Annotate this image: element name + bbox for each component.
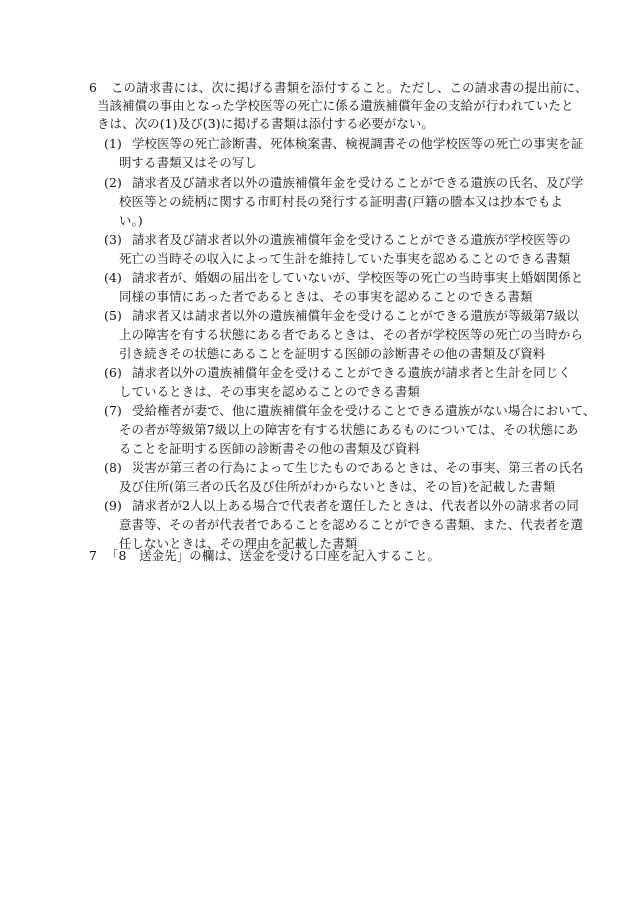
item-5-line-3: 引き続きその状態にあることを証明する医師の診断書その他の書類及び資料 (119, 345, 545, 363)
section-number: 6 (89, 79, 111, 97)
item-8-line-2: 及び住所(第三者の氏名及び住所がわからないときは、その旨)を記載した書類 (119, 478, 555, 496)
item-label: (7) (104, 402, 132, 420)
section-6-line-1: 6この請求書には、次に掲げる書類を添付すること。ただし、この請求書の提出前に、 (89, 79, 588, 97)
item-label: (6) (104, 364, 132, 382)
item-label: (9) (104, 497, 132, 515)
item-label: (3) (104, 231, 132, 249)
document-page: 6この請求書には、次に掲げる書類を添付すること。ただし、この請求書の提出前に、 … (0, 0, 630, 903)
item-9-line-2: 意書等、その者が代表者であることを認めることができる書類、また、代表者を選 (119, 516, 583, 534)
section-6-line-2: 当該補償の事由となった学校医等の死亡に係る遺族補償年金の支給が行われていたと (97, 97, 574, 115)
item-2-line-1: (2)請求者及び請求者以外の遺族補償年金を受けることができる遺族の氏名、及び学 (104, 174, 583, 192)
item-6-line-2: しているときは、その事実を認めることのできる書類 (119, 383, 420, 401)
item-4-line-2: 同様の事情にあった者であるときは、その事実を認めることのできる書類 (119, 288, 533, 306)
item-6-line-1: (6)請求者以外の遺族補償年金を受けることができる遺族が請求者と生計を同じく (104, 364, 571, 382)
item-1-line-1: (1)学校医等の死亡診断書、死体検案書、検視調書その他学校医等の死亡の事実を証 (104, 135, 583, 153)
item-label: (1) (104, 135, 132, 153)
item-3-line-2: 死亡の当時その収入によって生計を維持していた事実を認めることのできる書類 (119, 250, 570, 268)
item-7-line-2: その者が等級第7級以上の障害を有する状態にあるものについては、その状態にあ (119, 421, 578, 439)
item-3-line-1: (3)請求者及び請求者以外の遺族補償年金を受けることができる遺族が学校医等の (104, 231, 571, 249)
item-2-line-2: 校医等との続柄に関する市町村長の発行する証明書(戸籍の謄本又は抄本でもよ (119, 193, 563, 211)
item-label: (2) (104, 174, 132, 192)
item-5-line-1: (5)請求者又は請求者以外の遺族補償年金を受けることができる遺族が等級第7級以 (104, 307, 579, 325)
item-label: (5) (104, 307, 132, 325)
item-4-line-1: (4)請求者が、婚姻の届出をしていないが、学校医等の死亡の当時事実上婚姻関係と (104, 269, 583, 287)
item-2-line-3: い。) (119, 212, 143, 230)
item-9-line-1: (9)請求者が2人以上ある場合で代表者を選任したときは、代表者以外の請求者の同 (104, 497, 579, 515)
item-5-line-2: 上の障害を有する状態にある者であるときは、その者が学校医等の死亡の当時から (119, 326, 583, 344)
item-7-line-1: (7)受給権者が妻で、他に遺族補償年金を受けることできる遺族がない場合において、 (104, 402, 596, 420)
section-number: 7 (89, 547, 106, 565)
section-7-line-1: 7「8 送金先」の欄は、送金を受ける口座を記入すること。 (89, 547, 440, 565)
item-1-line-2: 明する書類又はその写し (119, 154, 257, 172)
section-6-line-3: きは、次の(1)及び(3)に掲げる書類は添付する必要がない。 (97, 115, 434, 133)
item-8-line-1: (8)災害が第三者の行為によって生じたものであるときは、その事実、第三者の氏名 (104, 459, 583, 477)
item-label: (8) (104, 459, 132, 477)
item-7-line-3: ることを証明する医師の診断書その他の書類及び資料 (119, 440, 420, 458)
item-label: (4) (104, 269, 132, 287)
